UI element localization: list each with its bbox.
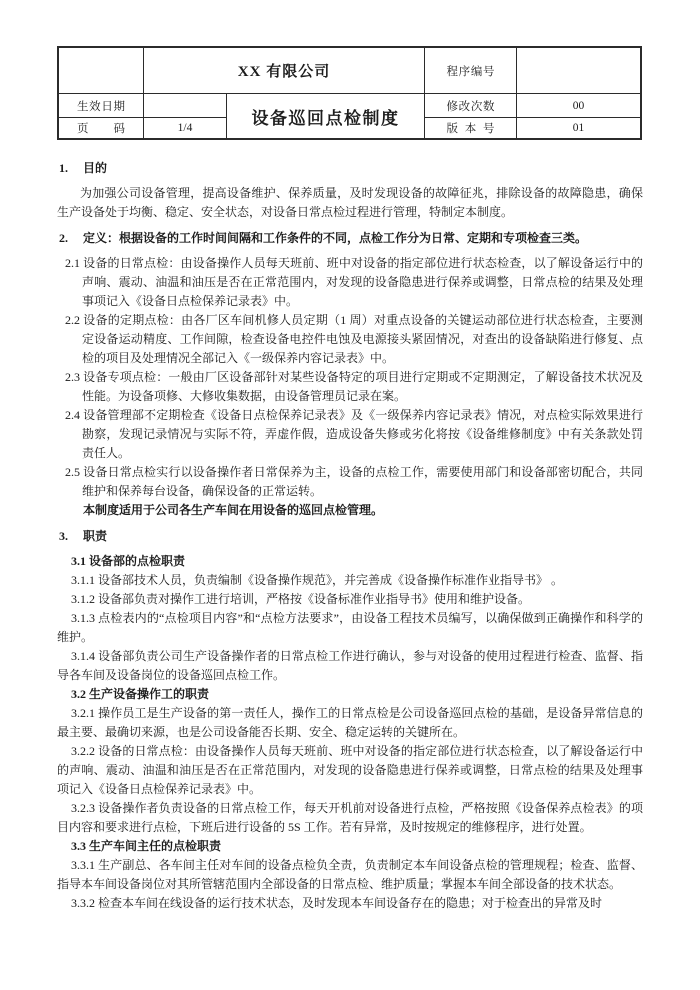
version-label: 版本号	[447, 120, 495, 136]
program-no-label: 程序编号	[447, 63, 495, 79]
clause-3-2-2: 3.2.2 设备的日常点检：由设备操作人员每天班前、班中对设备的指定部位进行状态…	[57, 742, 643, 799]
effective-date-label: 生效日期	[77, 98, 125, 114]
purpose-paragraph: 为加强公司设备管理，提高设备维护、保养质量，及时发现设备的故障征兆，排除设备的故…	[57, 184, 643, 222]
subsection-3-2-heading: 3.2 生产设备操作工的职责	[71, 685, 643, 704]
section-1-title: 目的	[83, 159, 107, 178]
clause-2-3: 2.3 设备专项点检：一般由厂区设备部针对某些设备特定的项目进行定期或不定期测定…	[57, 368, 643, 406]
clause-2-5: 2.5 设备日常点检实行以设备操作者日常保养为主，设备的点检工作，需要使用部门和…	[57, 463, 643, 501]
page-label-cell: 页码	[59, 118, 144, 138]
section-2-heading: 2. 定义：根据设备的工作时间间隔和工作条件的不同，点检工作分为日常、定期和专项…	[57, 229, 643, 248]
clause-2-2: 2.2 设备的定期点检：由各厂区车间机修人员定期（1 周）对重点设备的关键运动部…	[57, 311, 643, 368]
page-value: 1/4	[144, 118, 227, 138]
subsection-3-3-heading: 3.3 生产车间主任的点检职责	[71, 837, 643, 856]
section-2-number: 2.	[59, 229, 83, 248]
clause-3-2-3: 3.2.3 设备操作者负责设备的日常点检工作，每天开机前对设备进行点检，严格按照…	[57, 799, 643, 837]
program-no-label-cell: 程序编号	[425, 48, 517, 94]
document-body: 1. 目的 为加强公司设备管理，提高设备维护、保养质量，及时发现设备的故障征兆，…	[57, 152, 643, 913]
clause-2-1: 2.1 设备的日常点检：由设备操作人员每天班前、班中对设备的指定部位进行状态检查…	[57, 254, 643, 311]
revision-label: 修改次数	[447, 98, 495, 114]
revision-label-cell: 修改次数	[425, 94, 517, 118]
page-label: 页码	[77, 120, 125, 136]
clause-3-1-3: 3.1.3 点检表内的“点检项目内容”和“点检方法要求”，由设备工程技术员编写，…	[57, 609, 643, 647]
clause-3-2-1: 3.2.1 操作员工是生产设备的第一责任人，操作工的日常点检是公司设备巡回点检的…	[57, 704, 643, 742]
clause-2-4: 2.4 设备管理部不定期检查《设备日点检保养记录表》及《一级保养内容记录表》情况…	[57, 406, 643, 463]
subsection-3-1-heading: 3.1 设备部的点检职责	[71, 552, 643, 571]
version-value: 01	[517, 118, 640, 138]
document-title: 设备巡回点检制度	[227, 94, 425, 138]
scope-statement: 本制度适用于公司各生产车间在用设备的巡回点检管理。	[83, 501, 643, 520]
section-1-number: 1.	[59, 159, 83, 178]
section-3-number: 3.	[59, 527, 83, 546]
clause-3-3-1: 3.3.1 生产副总、各车间主任对车间的设备点检负全责，负责制定本车间设备点检的…	[57, 856, 643, 894]
header-table: XX 有限公司 程序编号 生效日期 设备巡回点检制度 修改次数 00 页码 1/…	[57, 46, 642, 140]
clause-3-3-2: 3.3.2 检查本车间在线设备的运行技术状态，及时发现本车间设备存在的隐患；对于…	[57, 894, 643, 913]
section-1-heading: 1. 目的	[57, 159, 643, 178]
clause-3-1-2: 3.1.2 设备部负责对操作工进行培训，严格按《设备标准作业指导书》使用和维护设…	[57, 590, 643, 609]
clause-3-1-1: 3.1.1 设备部技术人员，负责编制《设备操作规范》，并完善成《设备操作标准作业…	[57, 571, 643, 590]
clause-3-1-4: 3.1.4 设备部负责公司生产设备操作者的日常点检工作进行确认，参与对设备的使用…	[57, 647, 643, 685]
version-label-cell: 版本号	[425, 118, 517, 138]
logo-cell	[59, 48, 144, 94]
revision-value: 00	[517, 94, 640, 118]
effective-date-value	[144, 94, 227, 118]
section-2-title: 定义：根据设备的工作时间间隔和工作条件的不同，点检工作分为日常、定期和专项检查三…	[83, 229, 587, 248]
program-no-value	[517, 48, 640, 94]
section-3-title: 职责	[83, 527, 107, 546]
effective-date-label-cell: 生效日期	[59, 94, 144, 118]
section-3-heading: 3. 职责	[57, 527, 643, 546]
document-page: { "header": { "company": "XX 有限公司", "tit…	[0, 0, 700, 990]
company-name: XX 有限公司	[144, 48, 425, 94]
